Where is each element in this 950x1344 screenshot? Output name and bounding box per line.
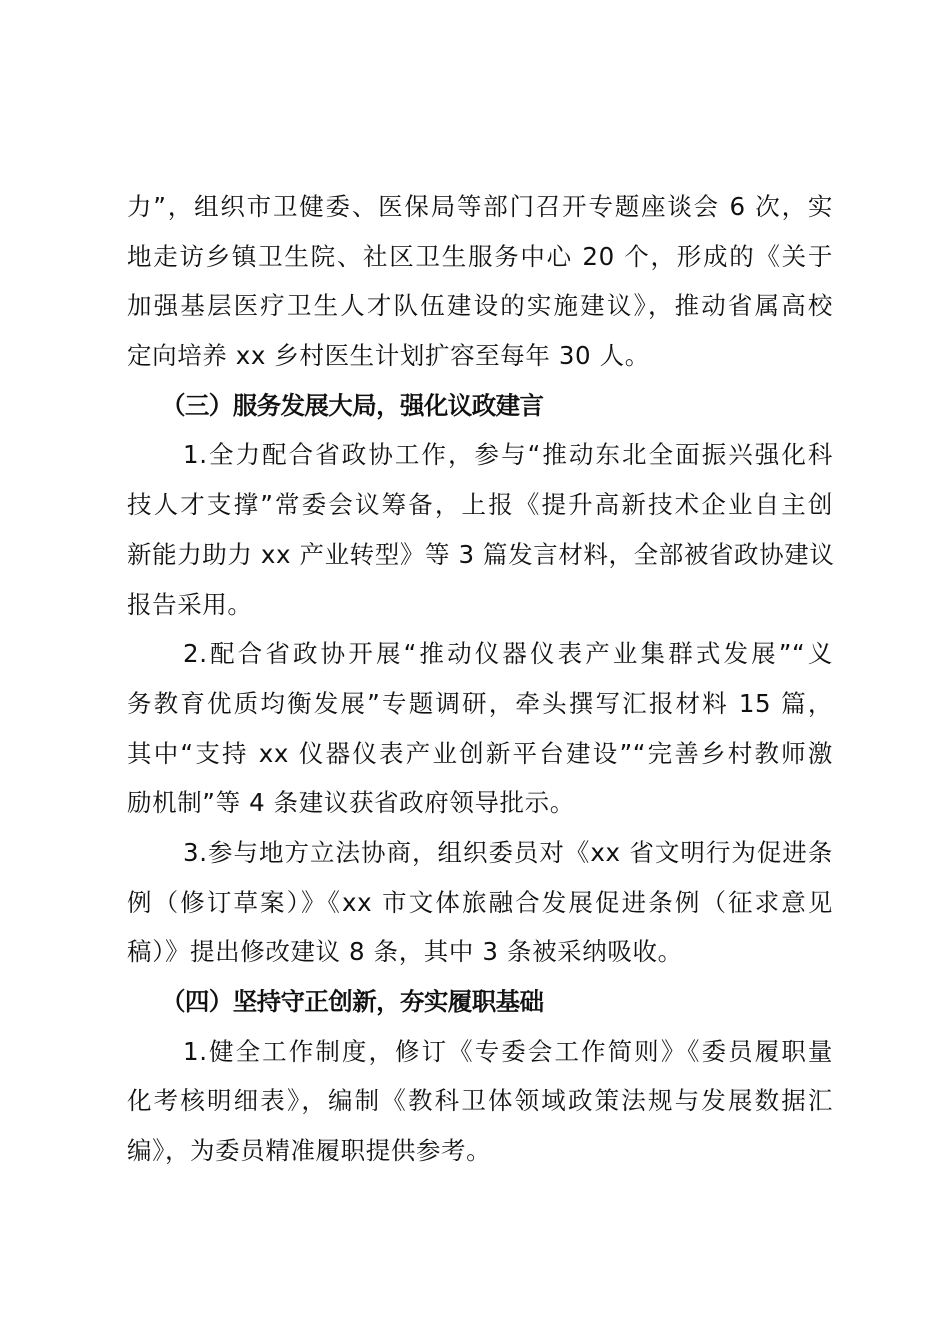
- text-line: 报告采用。: [127, 580, 833, 630]
- paragraph-item-1: 1.全力配合省政协工作，参与“推动东北全面振兴强化科 技人才支撑”常委会议筹备，…: [127, 430, 833, 629]
- text-line: 务教育优质均衡发展”专题调研，牵头撰写汇报材料 15 篇，: [127, 679, 833, 729]
- text-line: 地走访乡镇卫生院、社区卫生服务中心 20 个，形成的《关于: [127, 232, 833, 282]
- text-line: 加强基层医疗卫生人才队伍建设的实施建议》，推动省属高校: [127, 281, 833, 331]
- text-line: 化考核明细表》，编制《教科卫体领域政策法规与发展数据汇: [127, 1076, 833, 1126]
- paragraph-item-2: 2.配合省政协开展“推动仪器仪表产业集群式发展”“义 务教育优质均衡发展”专题调…: [127, 629, 833, 828]
- text-line: 例（修订草案）》《xx 市文体旅融合发展促进条例（征求意见: [127, 878, 833, 928]
- text-line: 编》，为委员精准履职提供参考。: [127, 1126, 833, 1176]
- text-line: 励机制”等 4 条建议获省政府领导批示。: [127, 778, 833, 828]
- text-line: 定向培养 xx 乡村医生计划扩容至每年 30 人。: [127, 331, 833, 381]
- text-line: 新能力助力 xx 产业转型》等 3 篇发言材料，全部被省政协建议: [127, 530, 833, 580]
- section-heading-4: （四）坚持守正创新，夯实履职基础: [127, 977, 833, 1027]
- text-line: 技人才支撑”常委会议筹备，上报《提升高新技术企业自主创: [127, 480, 833, 530]
- document-page: 力”，组织市卫健委、医保局等部门召开专题座谈会 6 次，实 地走访乡镇卫生院、社…: [127, 182, 833, 1176]
- text-line: 2.配合省政协开展“推动仪器仪表产业集群式发展”“义: [127, 629, 833, 679]
- paragraph-item-3: 3.参与地方立法协商，组织委员对《xx 省文明行为促进条 例（修订草案）》《xx…: [127, 828, 833, 977]
- paragraph-item-4-1: 1.健全工作制度，修订《专委会工作简则》《委员履职量 化考核明细表》，编制《教科…: [127, 1027, 833, 1176]
- text-line: 其中“支持 xx 仪器仪表产业创新平台建设”“完善乡村教师激: [127, 729, 833, 779]
- section-heading-3: （三）服务发展大局，强化议政建言: [127, 381, 833, 431]
- text-line: 力”，组织市卫健委、医保局等部门召开专题座谈会 6 次，实: [127, 182, 833, 232]
- text-line: 3.参与地方立法协商，组织委员对《xx 省文明行为促进条: [127, 828, 833, 878]
- text-line: 1.健全工作制度，修订《专委会工作简则》《委员履职量: [127, 1027, 833, 1077]
- text-line: 稿）》提出修改建议 8 条，其中 3 条被采纳吸收。: [127, 927, 833, 977]
- paragraph-continuation: 力”，组织市卫健委、医保局等部门召开专题座谈会 6 次，实 地走访乡镇卫生院、社…: [127, 182, 833, 381]
- text-line: 1.全力配合省政协工作，参与“推动东北全面振兴强化科: [127, 430, 833, 480]
